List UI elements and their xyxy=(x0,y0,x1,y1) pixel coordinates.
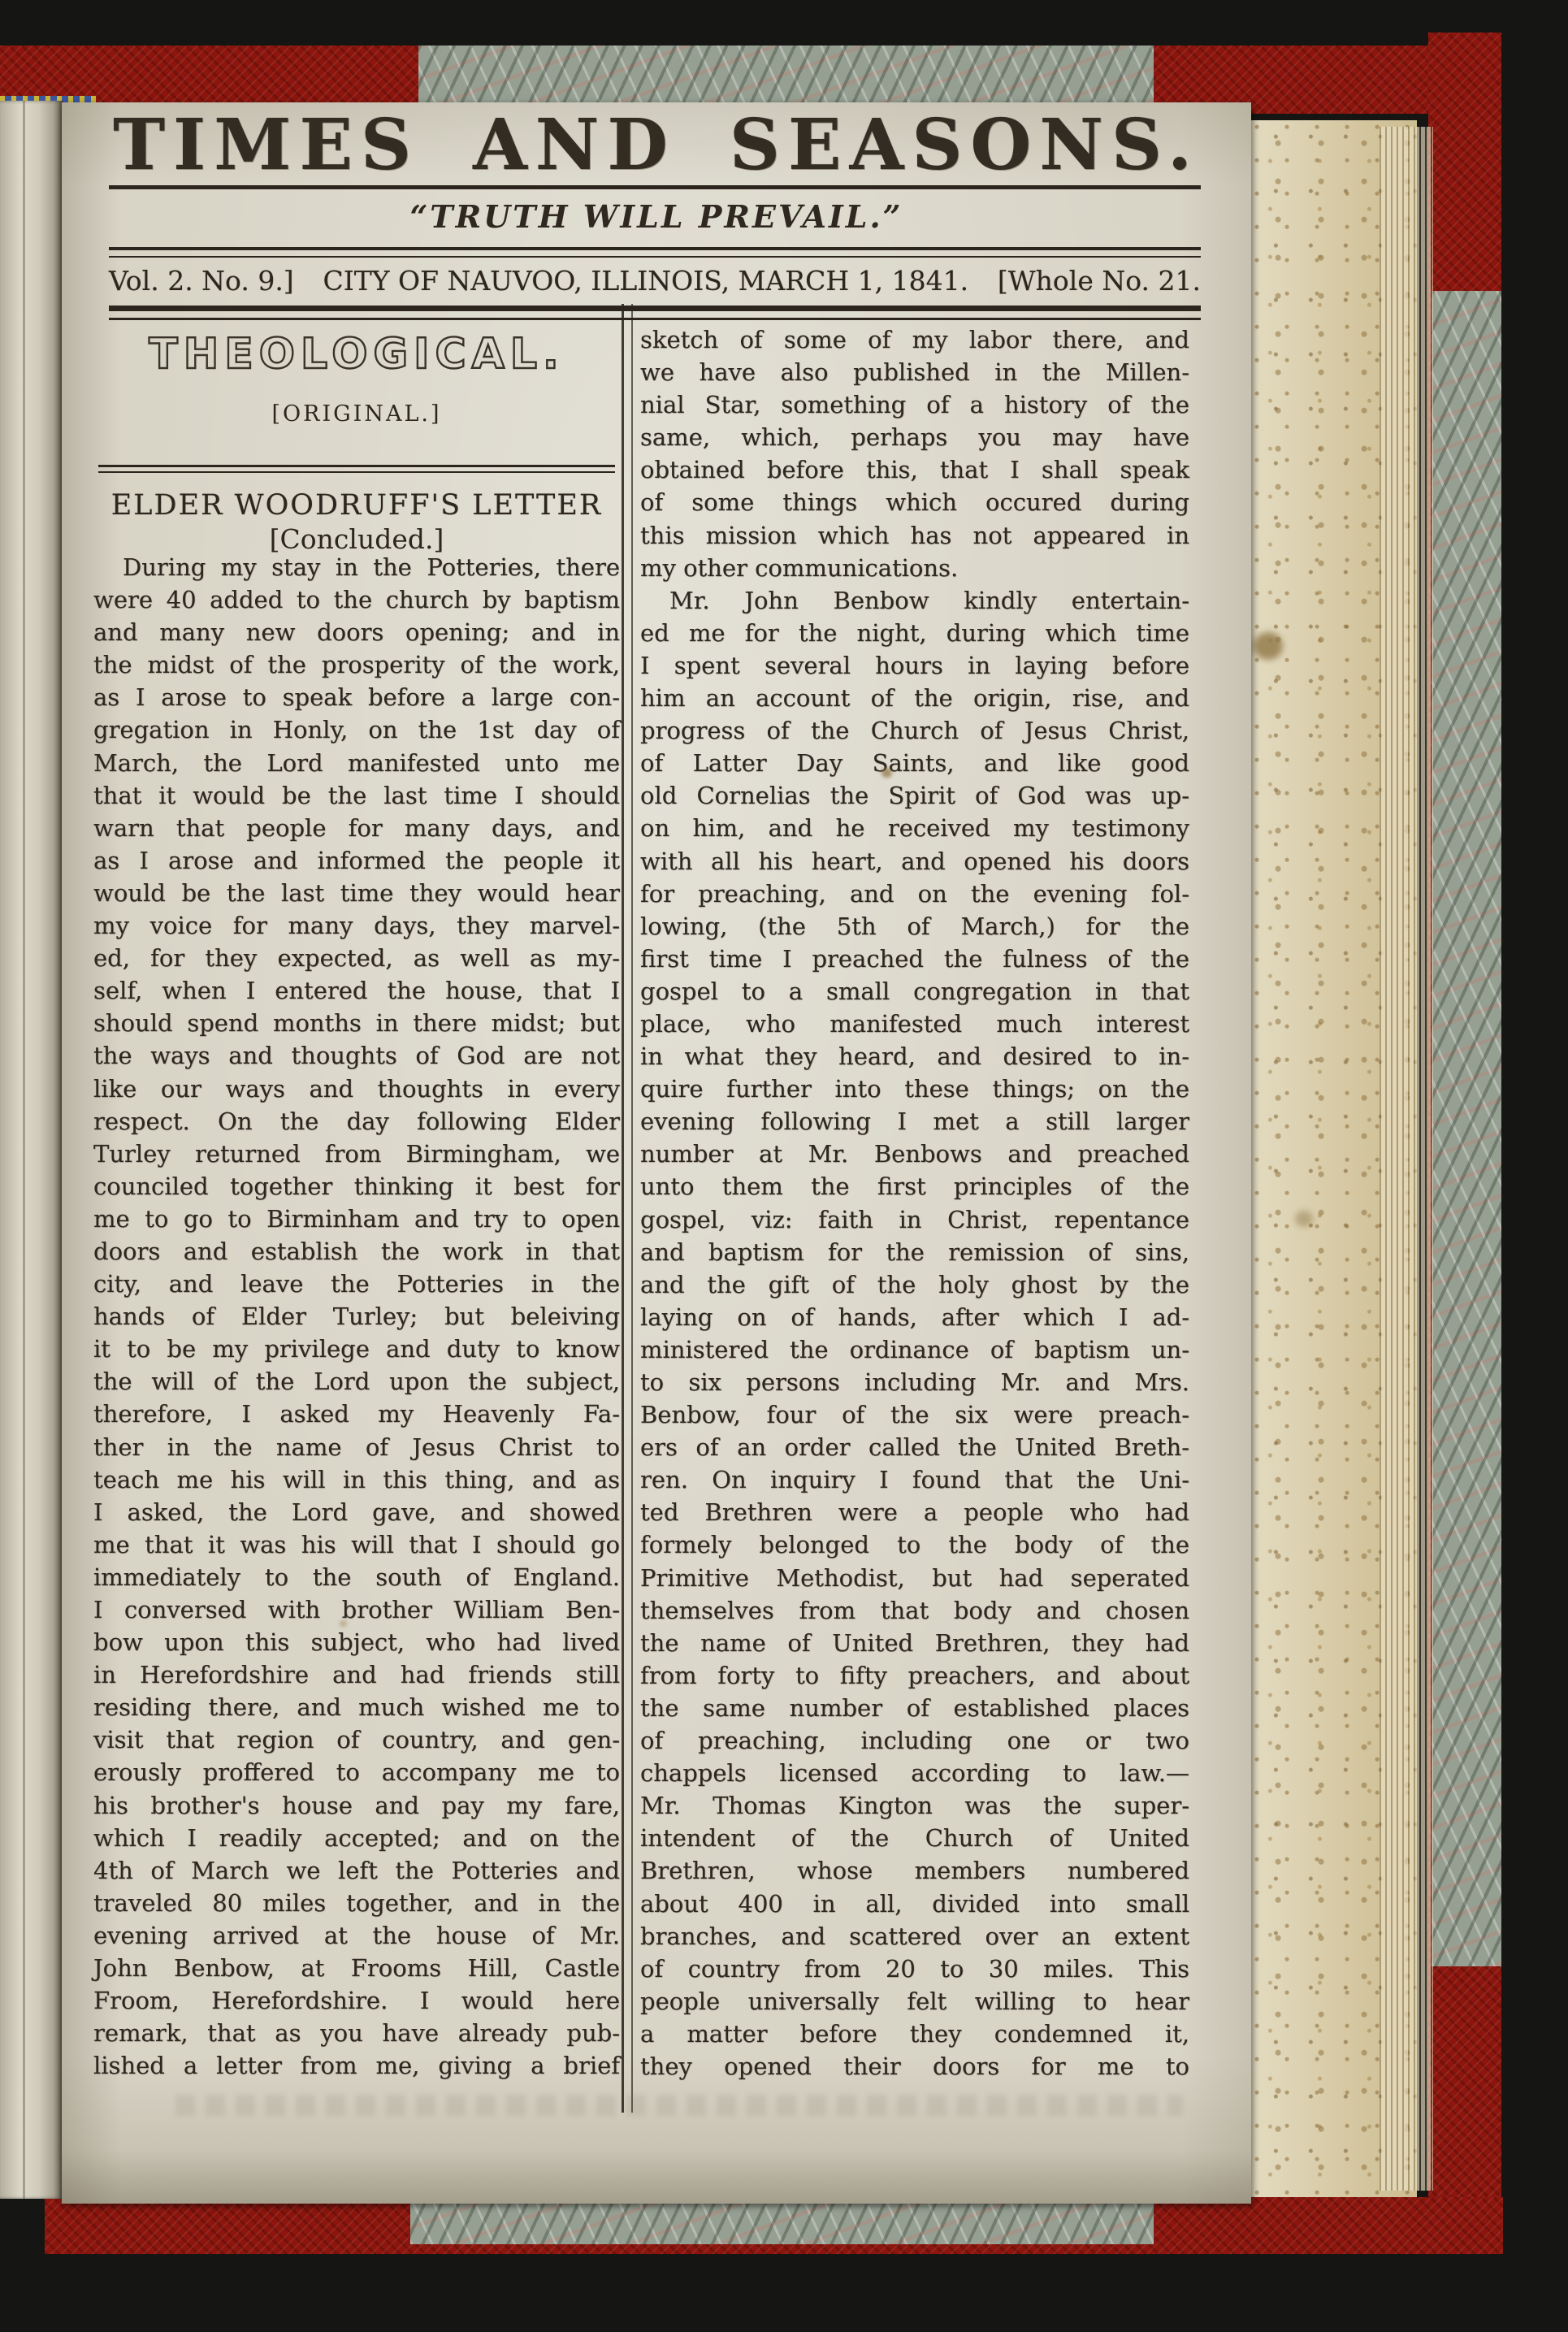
previous-pages-edge xyxy=(0,101,63,2199)
text-line: to six persons including Mr. and Mrs. xyxy=(640,1366,1189,1398)
masthead-rule xyxy=(109,185,1201,189)
text-line: him an account of the origin, rise, and xyxy=(640,682,1189,714)
page-curl-shadow xyxy=(62,2150,1251,2204)
text-line: me to go to Birminham and try to open xyxy=(93,1203,620,1235)
text-line: of preaching, including one or two xyxy=(640,1724,1189,1757)
text-line: ministered the ordinance of baptism un- xyxy=(640,1333,1189,1366)
text-line: should spend months in there midst; but xyxy=(93,1007,620,1039)
section-heading: THEOLOGICAL. xyxy=(93,330,620,379)
text-line: visit that region of country, and gen- xyxy=(93,1723,620,1756)
text-line: and baptism for the remission of sins, xyxy=(640,1236,1189,1268)
text-line: the midst of the prosperity of the work, xyxy=(93,648,620,681)
text-line: Benbow, four of the six were preach- xyxy=(640,1398,1189,1431)
text-line: I asked, the Lord gave, and showed xyxy=(93,1496,620,1528)
text-line: During my stay in the Potteries, there xyxy=(93,551,620,583)
text-line: erously proffered to accompany me to xyxy=(93,1756,620,1788)
text-line: in what they heard, and desired to in- xyxy=(640,1040,1189,1073)
fore-edge-stain xyxy=(1254,632,1283,660)
text-line: March, the Lord manifested unto me xyxy=(93,747,620,779)
text-line: obtained before this, that I shall speak xyxy=(640,453,1189,486)
text-line: gospel to a small congregation in that xyxy=(640,975,1189,1008)
text-line: as I arose to speak before a large con- xyxy=(93,681,620,713)
text-line: ers of an order called the United Breth- xyxy=(640,1431,1189,1463)
text-line: Turley returned from Birmingham, we xyxy=(93,1138,620,1170)
text-line: Mr. John Benbow kindly entertain- xyxy=(640,584,1189,617)
article-title: ELDER WOODRUFF'S LETTER xyxy=(93,489,620,522)
text-line: like our ways and thoughts in every xyxy=(93,1073,620,1105)
masthead-title: TIMES AND SEASONS. xyxy=(62,104,1251,186)
text-line: ed me for the night, during which time xyxy=(640,617,1189,649)
text-line: as I arose and informed the people it xyxy=(93,844,620,877)
text-line: Froom, Herefordshire. I would here xyxy=(93,1984,620,2017)
text-line: would be the last time they would hear xyxy=(93,877,620,909)
text-line: ther in the name of Jesus Christ to xyxy=(93,1431,620,1463)
text-line: ted Brethren were a people who had xyxy=(640,1496,1189,1528)
text-line: bow upon this subject, who had lived xyxy=(93,1626,620,1658)
text-line: therefore, I asked my Heavenly Fa- xyxy=(93,1398,620,1430)
marbled-board-right xyxy=(1432,291,1501,1966)
section-subheading: [ORIGINAL.] xyxy=(93,401,620,427)
text-line: his brother's house and pay my fare, xyxy=(93,1789,620,1822)
text-line: city, and leave the Potteries in the xyxy=(93,1268,620,1300)
text-line: intendent of the Church of United xyxy=(640,1822,1189,1854)
text-line: evening arrived at the house of Mr. xyxy=(93,1919,620,1952)
text-line: branches, and scattered over an extent xyxy=(640,1920,1189,1953)
left-column-text: During my stay in the Potteries, therewe… xyxy=(93,551,620,2082)
text-line: quire further into these things; on the xyxy=(640,1073,1189,1105)
text-line: remark, that as you have already pub- xyxy=(93,2017,620,2049)
text-line: old Cornelias the Spirit of God was up- xyxy=(640,779,1189,812)
text-line: place, who manifested much interest xyxy=(640,1008,1189,1040)
text-line: first time I preached the fulness of the xyxy=(640,943,1189,975)
text-line: gregation in Honly, on the 1st day of xyxy=(93,713,620,746)
ink-offset-ghost xyxy=(175,2095,1183,2116)
text-line: this mission which has not appeared in xyxy=(640,519,1189,552)
text-line: lished a letter from me, giving a brief xyxy=(93,2049,620,2082)
column-divider-rule xyxy=(622,304,633,2113)
text-line: 4th of March we left the Potteries and xyxy=(93,1854,620,1887)
volume-number: Vol. 2. No. 9.] xyxy=(109,265,294,297)
text-line: John Benbow, at Frooms Hill, Castle xyxy=(93,1952,620,1984)
text-line: were 40 added to the church by baptism xyxy=(93,583,620,616)
text-line: traveled 80 miles together, and in the xyxy=(93,1887,620,1919)
text-line: the ways and thoughts of God are not xyxy=(93,1039,620,1072)
text-line: about 400 in all, divided into small xyxy=(640,1888,1189,1920)
text-line: residing there, and much wished me to xyxy=(93,1691,620,1723)
text-line: progress of the Church of Jesus Christ, xyxy=(640,714,1189,747)
foxing-spot xyxy=(340,1620,347,1627)
text-line: of Latter Day Saints, and like good xyxy=(640,747,1189,779)
text-line: Brethren, whose members numbered xyxy=(640,1854,1189,1887)
text-line: number at Mr. Benbows and preached xyxy=(640,1138,1189,1170)
text-line: gospel, viz: faith in Christ, repentance xyxy=(640,1203,1189,1236)
text-line: people universally felt willing to hear xyxy=(640,1985,1189,2018)
text-line: Mr. Thomas Kington was the super- xyxy=(640,1789,1189,1822)
dateline: Vol. 2. No. 9.] CITY OF NAUVOO, ILLINOIS… xyxy=(109,265,1201,297)
scanned-book-photo: TIMES AND SEASONS. “TRUTH WILL PREVAIL.”… xyxy=(0,0,1568,2332)
text-line: the will of the Lord upon the subject, xyxy=(93,1365,620,1398)
dateline-rule xyxy=(109,306,1201,320)
text-line: respect. On the day following Elder xyxy=(93,1105,620,1138)
text-line: doors and establish the work in that xyxy=(93,1235,620,1268)
text-line: for preaching, and on the evening fol- xyxy=(640,878,1189,910)
text-line: nial Star, something of a history of the xyxy=(640,388,1189,421)
text-line: the name of United Brethren, they had xyxy=(640,1627,1189,1659)
right-column-text: sketch of some of my labor there, andwe … xyxy=(640,323,1189,2083)
text-line: counciled together thinking it best for xyxy=(93,1170,620,1203)
right-column: sketch of some of my labor there, andwe … xyxy=(640,322,1189,2191)
text-line: that it would be the last time I should xyxy=(93,779,620,812)
motto: “TRUTH WILL PREVAIL.” xyxy=(62,198,1251,235)
text-line: chappels licensed according to law.— xyxy=(640,1757,1189,1789)
text-line: evening following I met a still larger xyxy=(640,1105,1189,1138)
text-line: my other communications. xyxy=(640,552,1189,584)
text-line: in Herefordshire and had friends still xyxy=(93,1658,620,1691)
text-line: themselves from that body and chosen xyxy=(640,1594,1189,1627)
text-line: and many new doors opening; and in xyxy=(93,616,620,648)
text-line: warn that people for many days, and xyxy=(93,812,620,844)
text-line: sketch of some of my labor there, and xyxy=(640,323,1189,356)
text-line: ren. On inquiry I found that the Uni- xyxy=(640,1463,1189,1496)
text-line: from forty to fifty preachers, and about xyxy=(640,1659,1189,1692)
text-line: with all his heart, and opened his doors xyxy=(640,845,1189,878)
text-line: ed, for they expected, as well as my- xyxy=(93,942,620,974)
text-line: the same number of established places xyxy=(640,1692,1189,1724)
text-line: it to be my privilege and duty to know xyxy=(93,1333,620,1365)
text-line: a matter before they condemned it, xyxy=(640,2018,1189,2050)
text-line: they opened their doors for me to xyxy=(640,2050,1189,2083)
text-line: laying on of hands, after which I ad- xyxy=(640,1301,1189,1333)
text-line: unto them the first principles of the xyxy=(640,1170,1189,1203)
newspaper-page: TIMES AND SEASONS. “TRUTH WILL PREVAIL.”… xyxy=(62,102,1251,2204)
text-line: self, when I entered the house, that I xyxy=(93,974,620,1007)
text-line: formely belonged to the body of the xyxy=(640,1528,1189,1561)
text-line: teach me his will in this thing, and as xyxy=(93,1463,620,1496)
text-line: my voice for many days, they marvel- xyxy=(93,909,620,942)
text-line: hands of Elder Turley; but beleiving xyxy=(93,1300,620,1333)
text-line: on him, and he received my testimony xyxy=(640,812,1189,844)
whole-number: [Whole No. 21. xyxy=(998,265,1201,297)
text-line: I spent several hours in laying before xyxy=(640,649,1189,682)
text-line: and the gift of the holy ghost by the xyxy=(640,1268,1189,1301)
text-line: me that it was his will that I should go xyxy=(93,1528,620,1561)
page-stack-edge xyxy=(1380,127,1433,2191)
fore-edge-stain xyxy=(1295,1211,1313,1227)
foxing-spot xyxy=(881,768,892,778)
motto-rule xyxy=(109,247,1201,258)
text-line: of country from 20 to 30 miles. This xyxy=(640,1953,1189,1985)
text-line: which I readily accepted; and on the xyxy=(93,1822,620,1854)
city-date: CITY OF NAUVOO, ILLINOIS, MARCH 1, 1841. xyxy=(323,265,968,297)
text-line: of some things which occured during xyxy=(640,486,1189,518)
left-column: THEOLOGICAL. [ORIGINAL.] ELDER WOODRUFF'… xyxy=(93,322,620,2191)
text-line: Primitive Methodist, but had seperated xyxy=(640,1562,1189,1594)
text-line: immediately to the south of England. xyxy=(93,1561,620,1593)
text-line: I conversed with brother William Ben- xyxy=(93,1593,620,1626)
section-rule xyxy=(98,465,615,473)
text-line: lowing, (the 5th of March,) for the xyxy=(640,910,1189,943)
text-line: we have also published in the Millen- xyxy=(640,356,1189,388)
text-line: same, which, perhaps you may have xyxy=(640,421,1189,453)
